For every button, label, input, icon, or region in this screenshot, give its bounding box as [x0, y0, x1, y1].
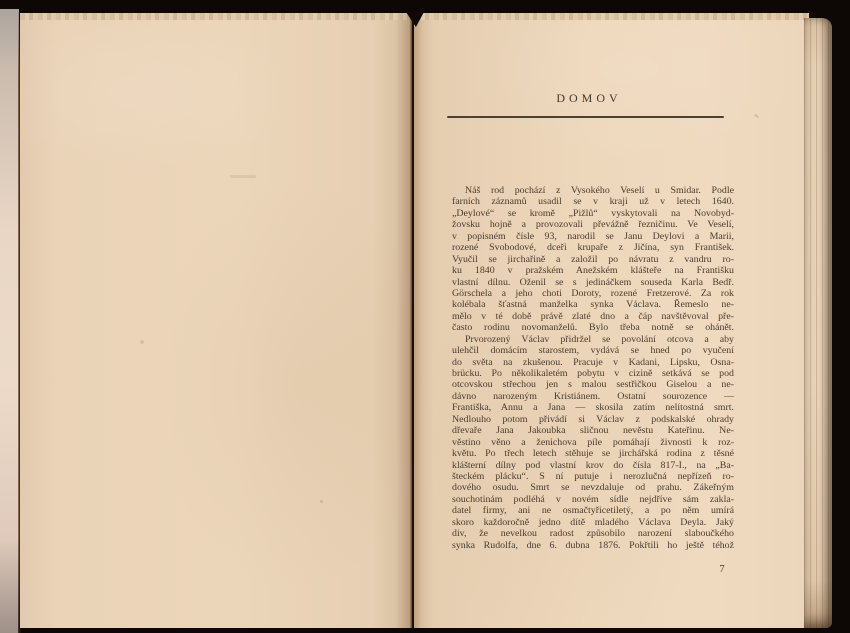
text-line: často rodinu novomanželů. Bylo třeba not…	[452, 322, 734, 333]
paper-speck	[230, 175, 256, 178]
text-line: Náš rod pochází z Vysokého Veselí u Smid…	[452, 185, 734, 196]
text-line: květu. Po třech letech stěhuje se jirchá…	[452, 448, 734, 459]
text-line: klášterní dílny pod vlastní krov do čísl…	[452, 460, 734, 471]
text-line: ku 1840 v pražském Anežském klášteře na …	[452, 265, 734, 276]
text-line: žovsku hojně a provozovali převážně řezn…	[452, 219, 734, 230]
text-line: skoro každoročně jedno dítě mladého Václ…	[452, 517, 734, 528]
text-line: div, že nevelkou radost způsobilo naroze…	[452, 528, 734, 539]
text-line: šteckém plácku“. S ní putuje i nerozlučn…	[452, 471, 734, 482]
paper-speck	[754, 114, 759, 119]
paper-speck	[140, 340, 144, 344]
left-cover-edge	[0, 9, 19, 633]
text-line: rozené Svobodové, dceři krupaře z Jičína…	[452, 242, 734, 253]
text-line: Nedlouho potom přivádí si Václav z podsk…	[452, 414, 734, 425]
text-line: dřevaře Jana Jakoubka sličnou nevěstu Ka…	[452, 425, 734, 436]
page-stack-right-edge	[804, 18, 832, 628]
text-line: datel firmy, ani ne osmačtyřicetiletý, a…	[452, 505, 734, 516]
page-number: 7	[710, 564, 734, 575]
left-page-blank	[20, 20, 412, 628]
text-line: mělo v té době právě zlaté dno a čáp nav…	[452, 311, 734, 322]
paper-speck	[320, 500, 323, 503]
text-line: Prvorozený Václav přidržel se povolání o…	[452, 334, 734, 345]
text-line: věstino věno a ženichova píle pomáhají ž…	[452, 437, 734, 448]
right-page: DOMOV Náš rod pochází z Vysokého Veselí …	[414, 20, 804, 628]
book-scan: DOMOV Náš rod pochází z Vysokého Veselí …	[0, 0, 850, 633]
text-line: vlastní dílnu. Oženil se s jedináčkem so…	[452, 277, 734, 288]
text-line: dového osudu. Smrt se nevzdaluje od prah…	[452, 482, 734, 493]
text-line: „Deylové“ se kromě „Pižlů“ vyskytovali n…	[452, 208, 734, 219]
text-line: farních záznamů usadil se v kraji už v l…	[452, 196, 734, 207]
title-rule	[447, 116, 724, 118]
text-line: ulehčil domácím starostem, vydává se hne…	[452, 345, 734, 356]
text-line: souchotinám podléhá v novém sídle nejdří…	[452, 494, 734, 505]
text-line: kolébala šťastná manželka synka Václava.…	[452, 299, 734, 310]
chapter-title: DOMOV	[450, 91, 728, 106]
text-line: do světa na zkušenou. Pracuje v Kadani, …	[452, 357, 734, 368]
text-line: brücku. Po několikaletém pobytu v cizině…	[452, 368, 734, 379]
text-line: otcovskou střechou jen s malou sestřičko…	[452, 379, 734, 390]
text-line: dávno narozeným Kristiánem. Ostatní sour…	[452, 391, 734, 402]
body-text: Náš rod pochází z Vysokého Veselí u Smid…	[452, 185, 734, 551]
text-line: Františka, Annu a Jana — skosila zatím n…	[452, 402, 734, 413]
text-line: synka Rudolfa, dne 6. dubna 1876. Pokřti…	[452, 540, 734, 551]
text-line: Görschela a jeho choti Doroty, rozené Fr…	[452, 288, 734, 299]
gutter-shadow	[396, 13, 422, 628]
text-line: v popisném čísle 93, narodil se Janu Dey…	[452, 231, 734, 242]
text-line: Vyučil se jirchařině a založil po návrat…	[452, 254, 734, 265]
